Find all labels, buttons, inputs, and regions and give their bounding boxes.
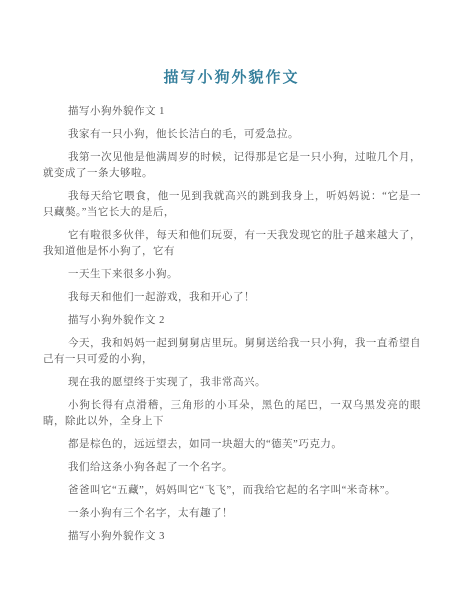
paragraph: 爸爸叫它“五藏”，妈妈叫它“飞飞”，而我给它起的名字叫“米奇林”。 (43, 483, 421, 499)
paragraph: 现在我的愿望终于实现了，我非常高兴。 (43, 375, 421, 391)
paragraph: 我家有一只小狗，他长长洁白的毛，可爱急拉。 (43, 127, 421, 143)
page-title: 描写小狗外貌作文 (0, 0, 463, 87)
paragraph: 它有啦很多伙伴，每天和他们玩耍，有一天我发现它的肚子越来越大了，我知道他是怀小狗… (43, 228, 421, 260)
section-heading: 描写小狗外貌作文 3 (43, 529, 421, 545)
paragraph: 我每天给它喂食，他一见到我就高兴的跳到我身上，听妈妈说：“它是一只藏獒。”当它长… (43, 189, 421, 221)
paragraph: 一条小狗有三个名字，太有趣了！ (43, 506, 421, 522)
paragraph: 我们给这条小狗各起了一个名字。 (43, 460, 421, 476)
paragraph: 我每天和他们一起游戏，我和开心了！ (43, 290, 421, 306)
document-body: 描写小狗外貌作文 1我家有一只小狗，他长长洁白的毛，可爱急拉。我第一次见他是他满… (0, 87, 463, 545)
section-heading: 描写小狗外貌作文 2 (43, 313, 421, 329)
paragraph: 都是棕色的，远远望去，如同一块超大的“德芙”巧克力。 (43, 437, 421, 453)
document-page: 描写小狗外貌作文 描写小狗外貌作文 1我家有一只小狗，他长长洁白的毛，可爱急拉。… (0, 0, 463, 600)
paragraph: 小狗长得有点滑稽，三角形的小耳朵，黑色的尾巴，一双乌黑发亮的眼睛，除此以外，全身… (43, 398, 421, 430)
section-heading: 描写小狗外貌作文 1 (43, 104, 421, 120)
paragraph: 今天，我和妈妈一起到舅舅店里玩。舅舅送给我一只小狗，我一直希望自己有一只可爱的小… (43, 336, 421, 368)
paragraph: 一天生下来很多小狗。 (43, 267, 421, 283)
paragraph: 我第一次见他是他满周岁的时候，记得那是它是一只小狗，过啦几个月，就变成了一条大够… (43, 150, 421, 182)
